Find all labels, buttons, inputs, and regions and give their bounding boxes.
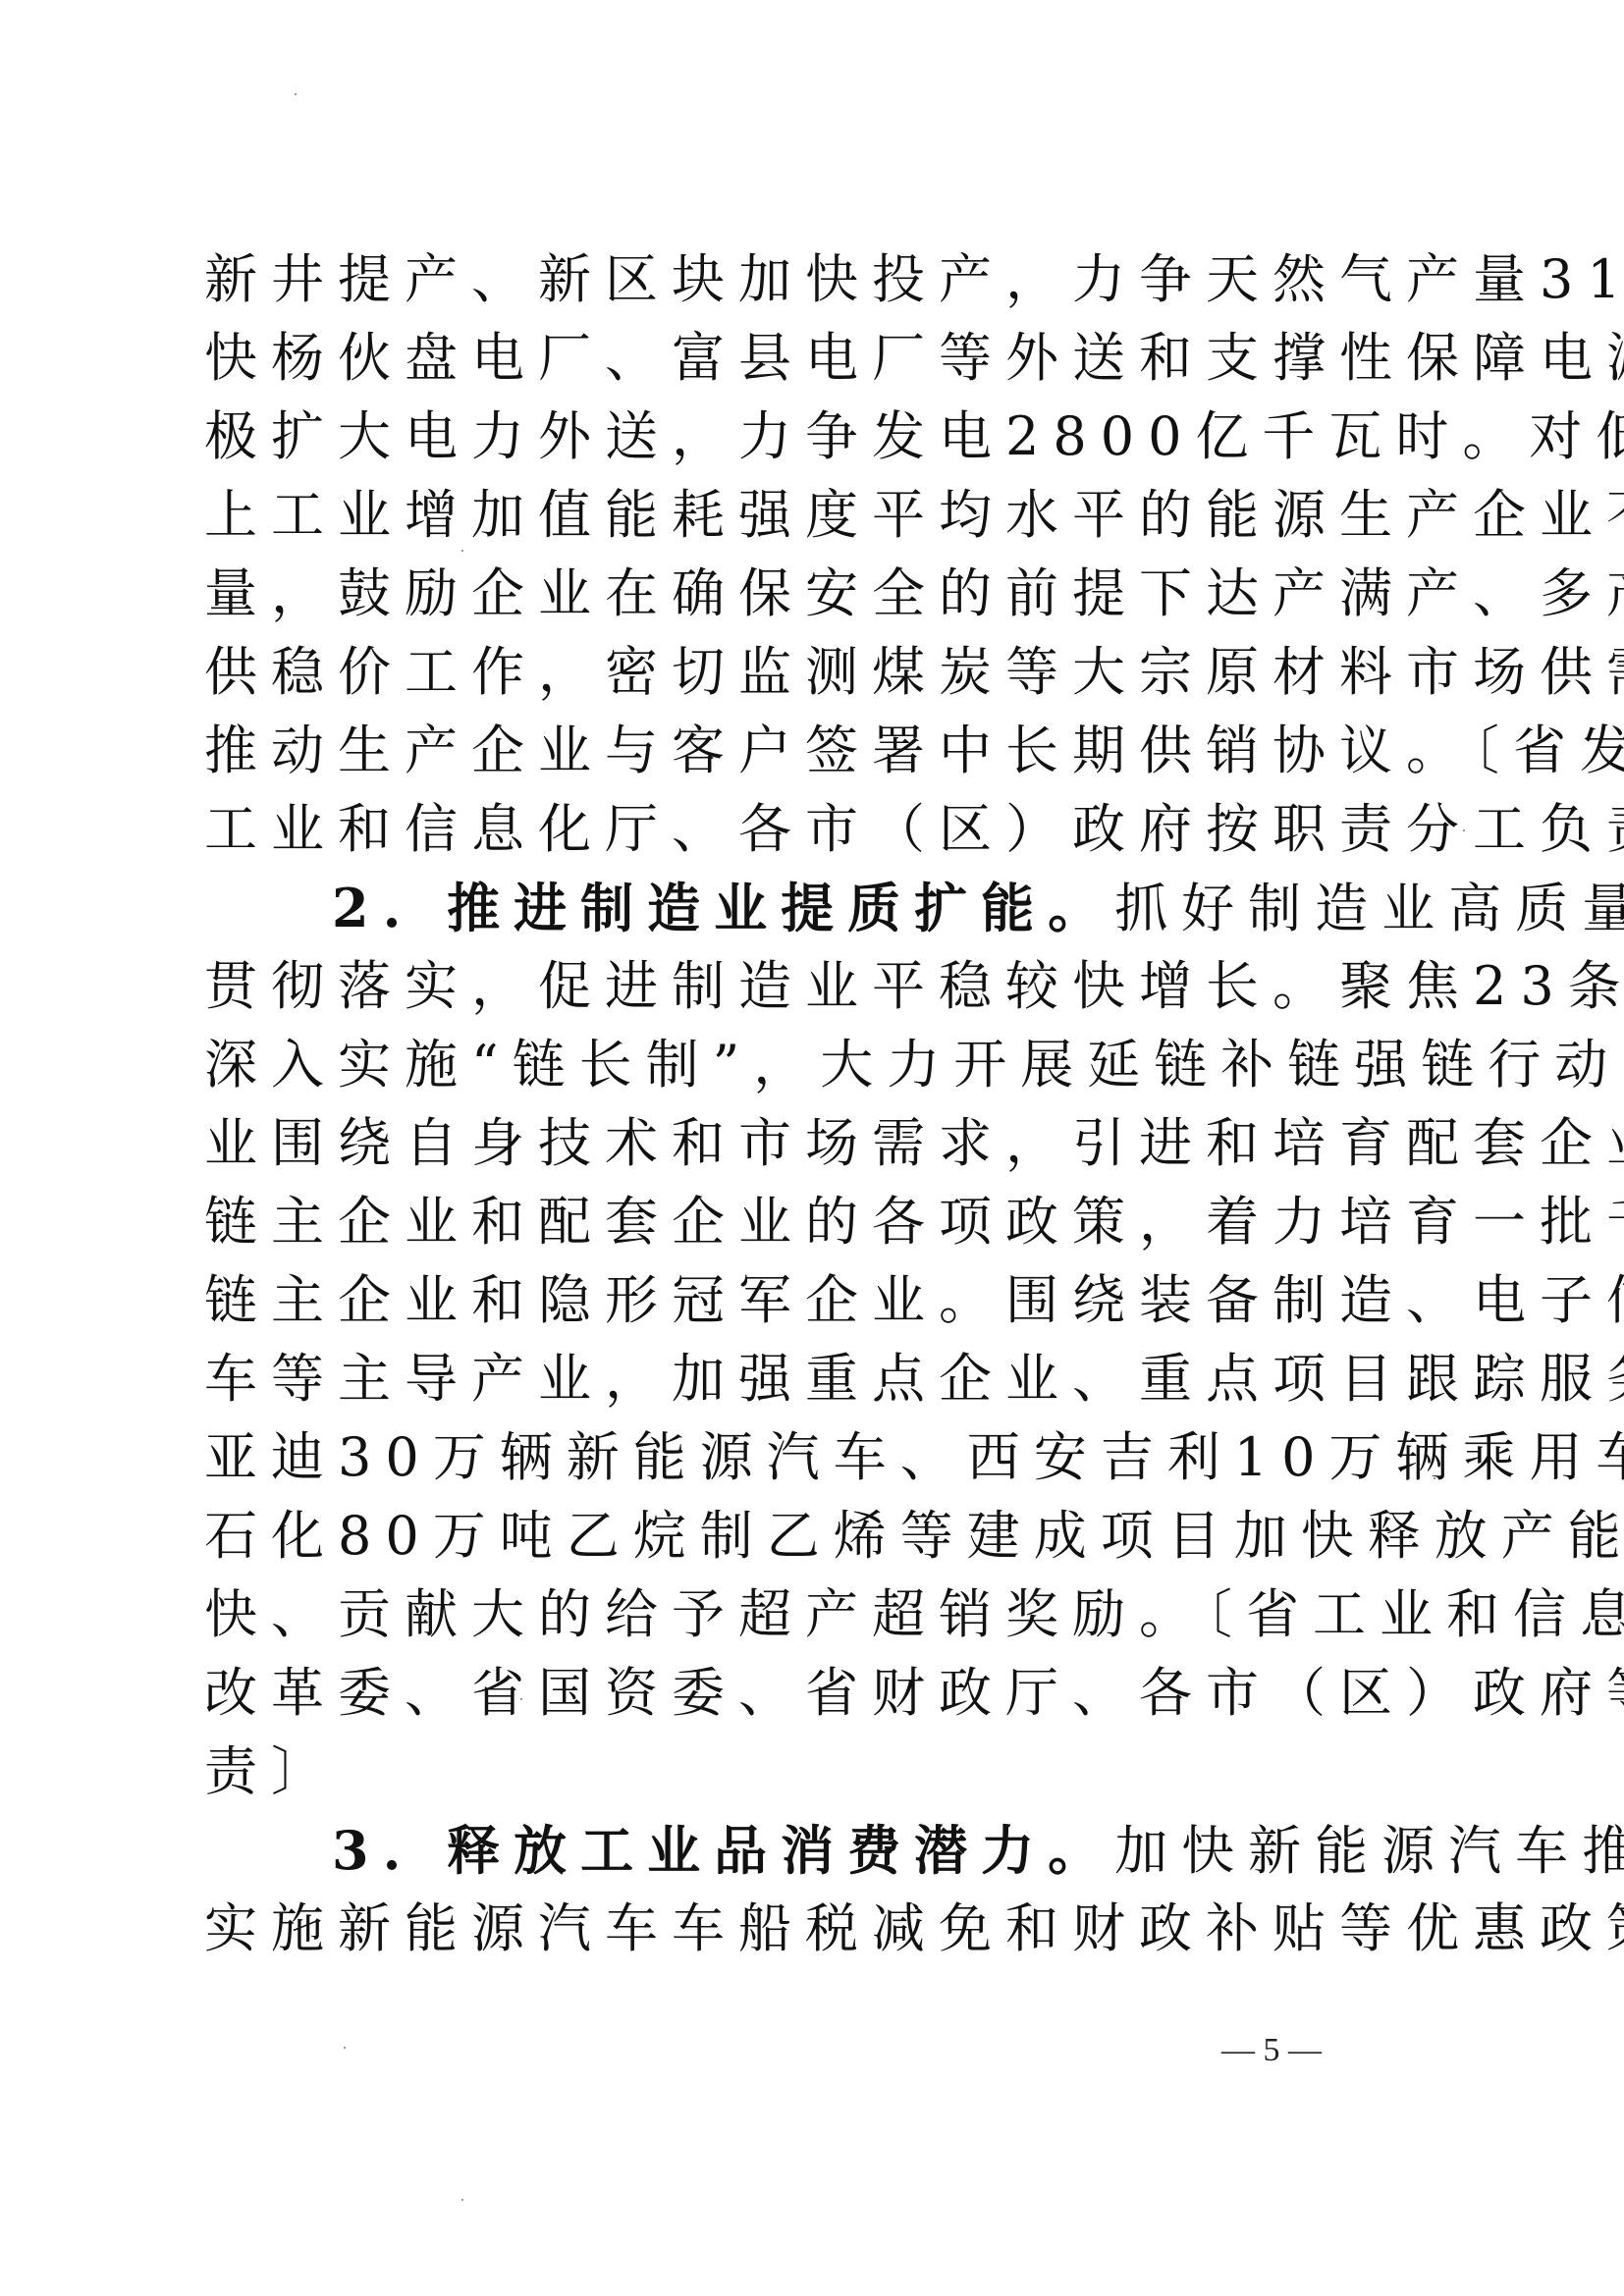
scan-speck <box>461 550 463 552</box>
paragraph-first-line: 2. 推进制造业提质扩能。抓好制造业高质量发展实施方案 <box>204 869 1427 947</box>
text-line: 量，鼓励企业在确保安全的前提下达产满产、多产多销。做好保 <box>204 555 1427 633</box>
text-line: 链主企业和隐形冠军企业。围绕装备制造、电子信息、化工、汽 <box>204 1261 1427 1340</box>
scan-speck <box>1463 829 1465 831</box>
text-line: 业围绕自身技术和市场需求，引进和培育配套企业，落实好支持 <box>204 1104 1427 1183</box>
text-line: 责〕 <box>204 1733 1427 1811</box>
scan-speck <box>461 2199 463 2201</box>
text-line: 深入实施“链长制”，大力开展延链补链强链行动，支持链主企 <box>204 1026 1427 1104</box>
page-number: — 5 — <box>1203 2032 1340 2069</box>
paragraph-heading: 2. 推进制造业提质扩能。 <box>332 877 1114 939</box>
paragraph-text: 抓好制造业高质量发展实施方案 <box>1114 878 1624 939</box>
text-line: 亚迪30万辆新能源汽车、西安吉利10万辆乘用车、中石油兰州 <box>204 1418 1427 1497</box>
text-line: 供稳价工作，密切监测煤炭等大宗原材料市场供需和价格变化， <box>204 633 1427 712</box>
text-line: 车等主导产业，加强重点企业、重点项目跟踪服务，积极推进比 <box>204 1340 1427 1418</box>
scan-speck <box>295 93 297 95</box>
scan-speck <box>520 1698 522 1700</box>
scan-speck <box>1434 1477 1435 1479</box>
text-line: 改革委、省国资委、省财政厅、各市（区）政府等按职责分工负 <box>204 1654 1427 1733</box>
scan-speck <box>344 2047 346 2049</box>
text-line: 推动生产企业与客户签署中长期供销协议。〔省发展改革委、省 <box>204 712 1427 790</box>
text-line: 石化80万吨乙烷制乙烯等建成项目加快释放产能，对年度增速 <box>204 1497 1427 1575</box>
body-text: 新井提产、新区块加快投产，力争天然气产量315亿立方米。加 快杨伙盘电厂、富县电… <box>204 240 1432 1968</box>
document-page: 新井提产、新区块加快投产，力争天然气产量315亿立方米。加 快杨伙盘电厂、富县电… <box>0 0 1624 2296</box>
text-line: 实施新能源汽车车船税减免和财政补贴等优惠政策，推进充电 <box>204 1890 1427 1968</box>
text-line: 链主企业和配套企业的各项政策，着力培育一批千亿级、百亿级 <box>204 1183 1427 1261</box>
paragraph-2: 2. 推进制造业提质扩能。抓好制造业高质量发展实施方案 贯彻落实，促进制造业平稳… <box>204 869 1432 1811</box>
text-line: 新井提产、新区块加快投产，力争天然气产量315亿立方米。加 <box>204 240 1427 319</box>
paragraph-heading: 3. 释放工业品消费潜力。 <box>332 1819 1114 1882</box>
paragraph-first-line: 3. 释放工业品消费潜力。加快新能源汽车推广应用，继续 <box>204 1811 1427 1890</box>
text-line: 上工业增加值能耗强度平均水平的能源生产企业不限制能耗总 <box>204 476 1427 555</box>
text-line: 工业和信息化厅、各市（区）政府按职责分工负责〕 <box>204 790 1427 869</box>
text-line: 快杨伙盘电厂、富县电厂等外送和支撑性保障电源建设投产，积 <box>204 319 1427 398</box>
paragraph-text: 加快新能源汽车推广应用，继续 <box>1114 1820 1624 1882</box>
paragraph-1: 新井提产、新区块加快投产，力争天然气产量315亿立方米。加 快杨伙盘电厂、富县电… <box>204 240 1432 869</box>
paragraph-3: 3. 释放工业品消费潜力。加快新能源汽车推广应用，继续 实施新能源汽车车船税减免… <box>204 1811 1432 1968</box>
text-line: 快、贡献大的给予超产超销奖励。〔省工业和信息化厅、省发展 <box>204 1575 1427 1654</box>
text-line: 贯彻落实，促进制造业平稳较快增长。聚焦23条重点产业链， <box>204 947 1427 1026</box>
text-line: 极扩大电力外送，力争发电2800亿千瓦时。对低于单位规模以 <box>204 398 1427 476</box>
